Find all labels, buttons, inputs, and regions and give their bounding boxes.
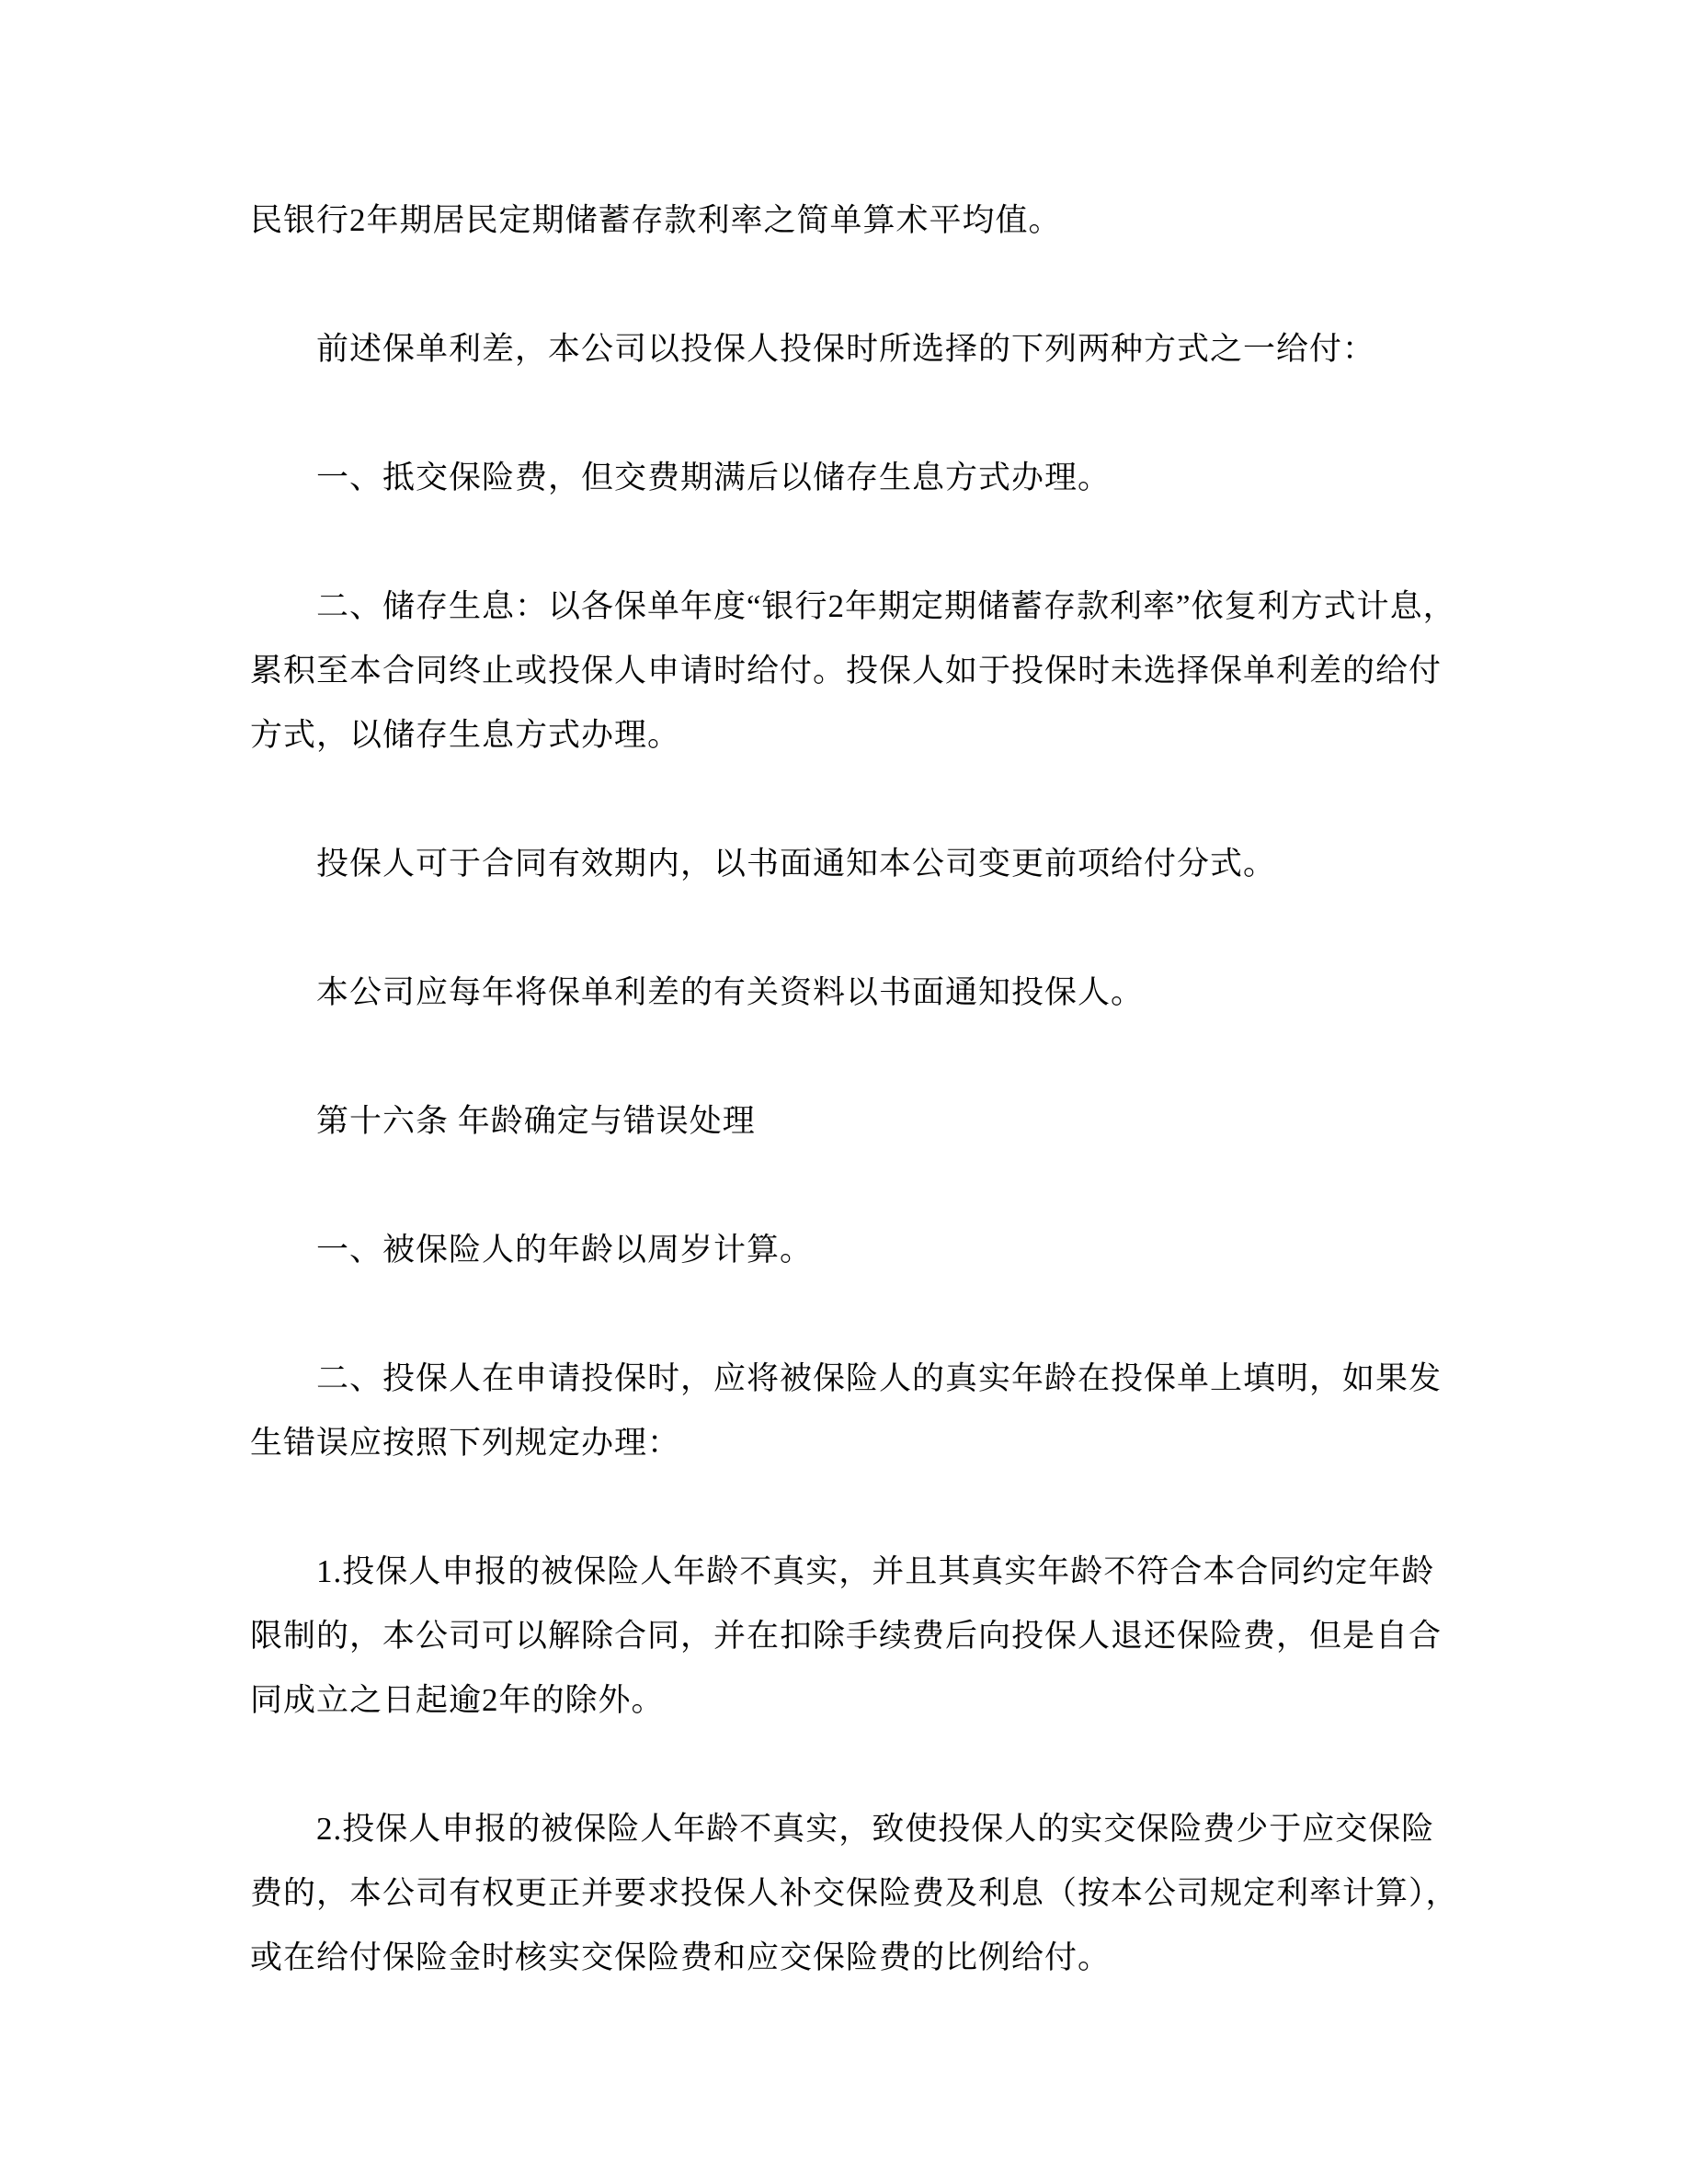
document-page: 民银行2年期居民定期储蓄存款利率之简单算术平均值。 前述保单利差，本公司以投保人…	[0, 0, 1688, 2184]
text-line: 前述保单利差，本公司以投保人投保时所选择的下列两种方式之一给付：	[250, 317, 1445, 381]
text-line: 累积至本合同终止或投保人申请时给付。投保人如于投保时未选择保单利差的给付	[250, 639, 1445, 703]
text-line: 1.投保人申报的被保险人年龄不真实，并且其真实年龄不符合本合同约定年龄	[250, 1540, 1445, 1604]
text-line: 本公司应每年将保单利差的有关资料以书面通知投保人。	[250, 961, 1445, 1025]
text-line: 限制的，本公司可以解除合同，并在扣除手续费后向投保人退还保险费，但是自合	[250, 1604, 1445, 1668]
text-line: 生错误应按照下列规定办理：	[250, 1411, 1445, 1475]
text-line: 一、被保险人的年龄以周岁计算。	[250, 1218, 1445, 1282]
text-line: 2.投保人申报的被保险人年龄不真实，致使投保人的实交保险费少于应交保险	[250, 1797, 1445, 1861]
text-line: 一、抵交保险费，但交费期满后以储存生息方式办理。	[250, 446, 1445, 510]
text-line: 二、投保人在申请投保时，应将被保险人的真实年龄在投保单上填明，如果发	[250, 1347, 1445, 1411]
document-text-block: 民银行2年期居民定期储蓄存款利率之简单算术平均值。 前述保单利差，本公司以投保人…	[250, 188, 1445, 1990]
text-line: 同成立之日起逾2年的除外。	[250, 1668, 1445, 1733]
text-line: 投保人可于合同有效期内，以书面通知本公司变更前项给付分式。	[250, 832, 1445, 896]
text-line: 费的，本公司有权更正并要求投保人补交保险费及利息（按本公司规定利率计算），	[250, 1861, 1445, 1926]
text-line: 或在给付保险金时核实交保险费和应交保险费的比例给付。	[250, 1926, 1445, 1990]
text-line: 二、储存生息：以各保单年度“银行2年期定期储蓄存款利率”依复利方式计息，	[250, 574, 1445, 639]
text-line: 民银行2年期居民定期储蓄存款利率之简单算术平均值。	[250, 188, 1445, 253]
section-heading-line: 第十六条 年龄确定与错误处理	[250, 1089, 1445, 1154]
text-line: 方式，以储存生息方式办理。	[250, 703, 1445, 768]
